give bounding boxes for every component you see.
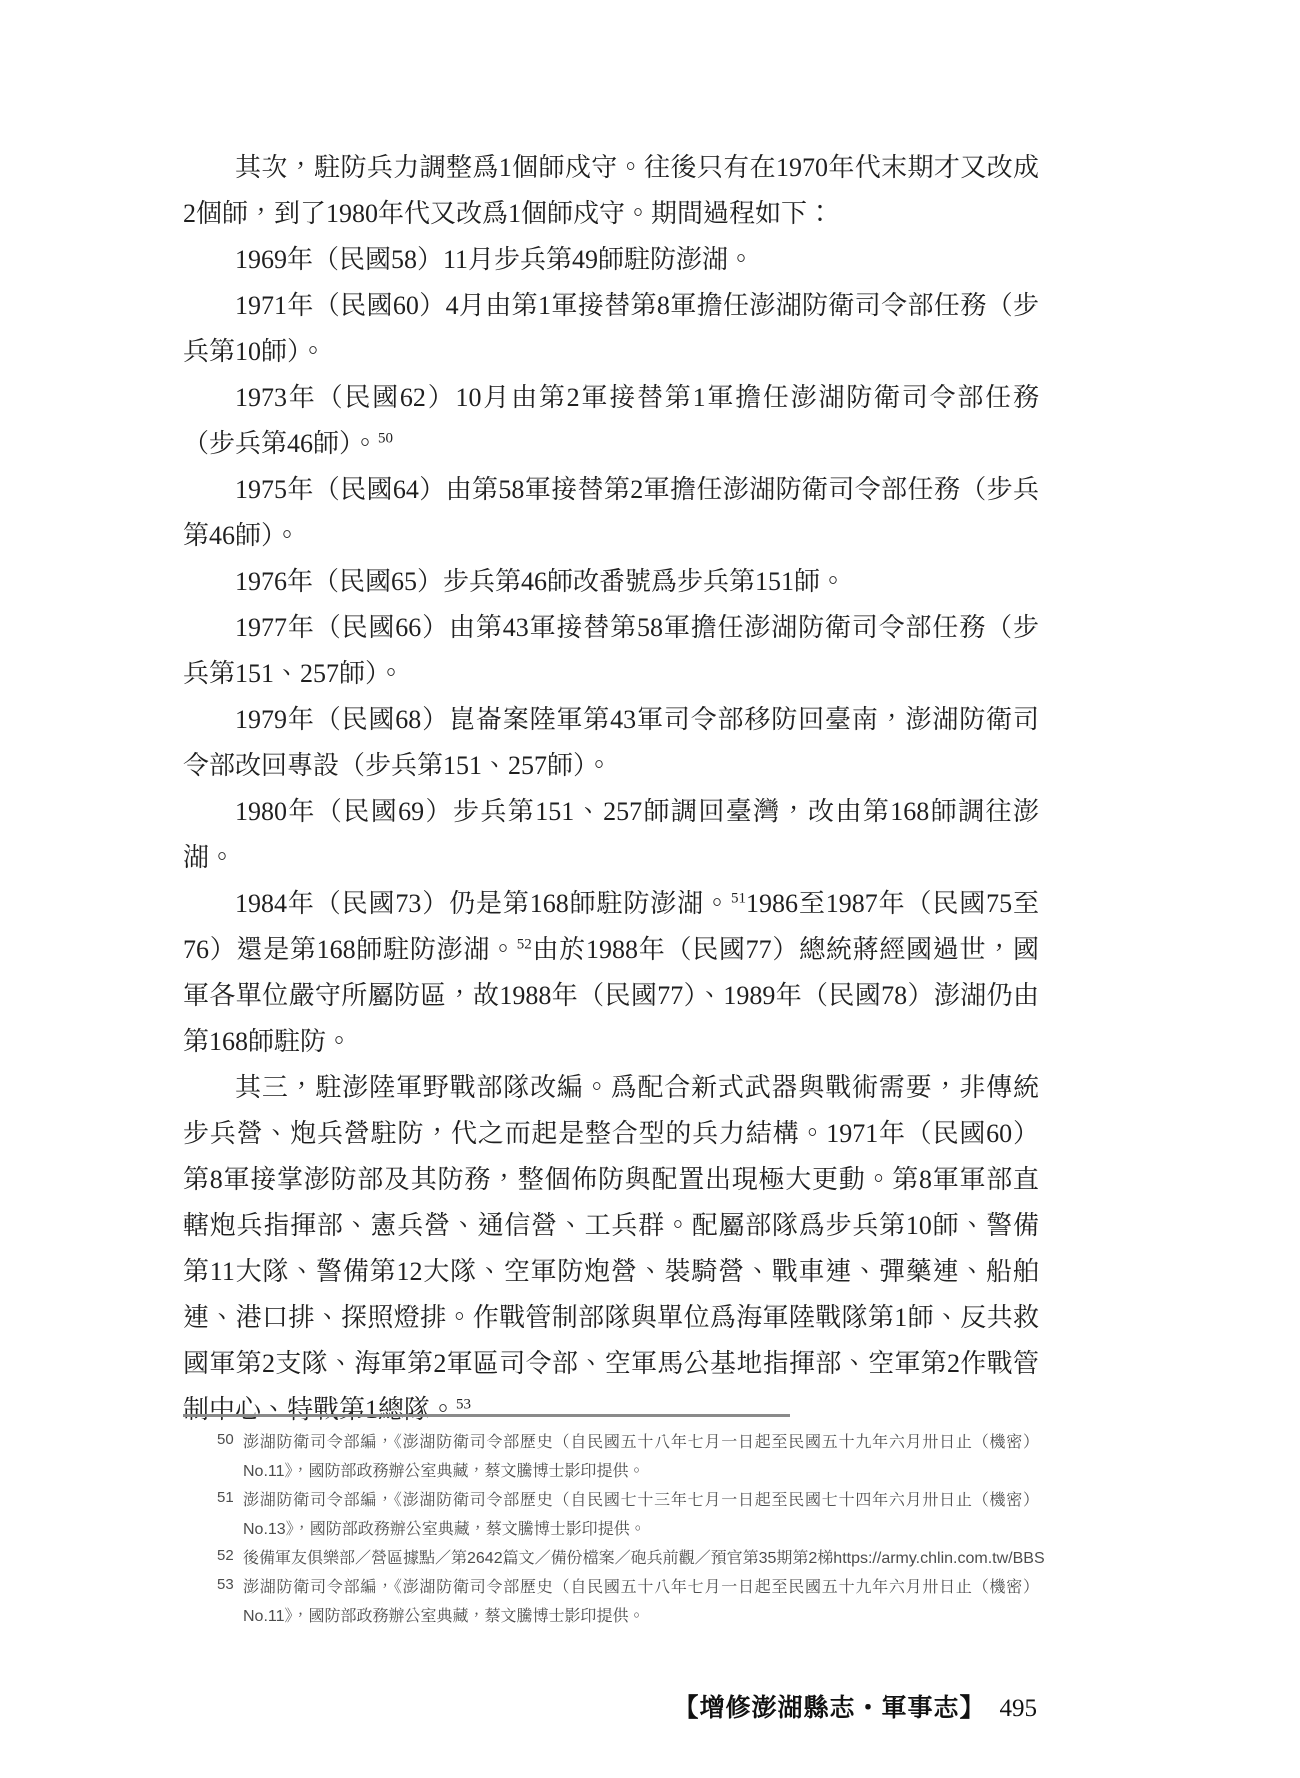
paragraph: 1971年（民國60）4月由第1軍接替第8軍擔任澎湖防衛司令部任務（步兵第10師… [183, 283, 1039, 375]
footnote-number: 50 [217, 1425, 243, 1454]
footnote: 51澎湖防衛司令部編，《澎湖防衛司令部歷史（自民國七十三年七月一日起至民國七十四… [217, 1486, 1039, 1544]
document-page: 其次，駐防兵力調整爲1個師戍守。往後只有在1970年代末期才又改成2個師，到了1… [0, 0, 1300, 1778]
paragraph: 其次，駐防兵力調整爲1個師戍守。往後只有在1970年代末期才又改成2個師，到了1… [183, 145, 1039, 237]
footnote-text: 後備軍友俱樂部／營區據點／第2642篇文／備份檔案／砲兵前觀／預官第35期第2梯… [243, 1544, 1039, 1573]
paragraph: 1969年（民國58）11月步兵第49師駐防澎湖。 [183, 237, 1039, 283]
paragraph: 1979年（民國68）崑崙案陸軍第43軍司令部移防回臺南，澎湖防衛司令部改回專設… [183, 697, 1039, 789]
book-title: 【增修澎湖縣志・軍事志】 [673, 1688, 985, 1724]
footnote-text: 澎湖防衛司令部編，《澎湖防衛司令部歷史（自民國七十三年七月一日起至民國七十四年六… [243, 1486, 1039, 1544]
footnote-number: 53 [217, 1570, 243, 1599]
paragraph: 1975年（民國64）由第58軍接替第2軍擔任澎湖防衛司令部任務（步兵第46師）… [183, 467, 1039, 559]
footnote: 50澎湖防衛司令部編，《澎湖防衛司令部歷史（自民國五十八年七月一日起至民國五十九… [217, 1428, 1039, 1486]
paragraph: 其三，駐澎陸軍野戰部隊改編。爲配合新式武器與戰術需要，非傳統步兵營、炮兵營駐防，… [183, 1065, 1039, 1433]
paragraph: 1984年（民國73）仍是第168師駐防澎湖。511986至1987年（民國75… [183, 881, 1039, 1065]
footnote-ref: 51 [731, 890, 746, 906]
footnote-text: 澎湖防衛司令部編，《澎湖防衛司令部歷史（自民國五十八年七月一日起至民國五十九年六… [243, 1573, 1039, 1631]
page-number: 495 [1000, 1695, 1038, 1723]
footnotes: 50澎湖防衛司令部編，《澎湖防衛司令部歷史（自民國五十八年七月一日起至民國五十九… [217, 1428, 1039, 1631]
footnote-number: 52 [217, 1541, 243, 1570]
paragraph: 1976年（民國65）步兵第46師改番號爲步兵第151師。 [183, 559, 1039, 605]
body-text: 其次，駐防兵力調整爲1個師戍守。往後只有在1970年代末期才又改成2個師，到了1… [183, 145, 1039, 1433]
page-footer: 【增修澎湖縣志・軍事志】 495 [673, 1688, 1037, 1724]
footnote-ref: 52 [517, 936, 532, 952]
footnote-ref: 53 [456, 1396, 471, 1412]
paragraph: 1977年（民國66）由第43軍接替第58軍擔任澎湖防衛司令部任務（步兵第151… [183, 605, 1039, 697]
footnote-ref: 50 [378, 430, 393, 446]
paragraph: 1980年（民國69）步兵第151、257師調回臺灣，改由第168師調往澎湖。 [183, 789, 1039, 881]
paragraph: 1973年（民國62）10月由第2軍接替第1軍擔任澎湖防衛司令部任務（步兵第46… [183, 375, 1039, 467]
footnote-separator [183, 1414, 790, 1417]
footnote-number: 51 [217, 1483, 243, 1512]
footnote: 53澎湖防衛司令部編，《澎湖防衛司令部歷史（自民國五十八年七月一日起至民國五十九… [217, 1573, 1039, 1631]
footnote: 52後備軍友俱樂部／營區據點／第2642篇文／備份檔案／砲兵前觀／預官第35期第… [217, 1544, 1039, 1573]
footnote-text: 澎湖防衛司令部編，《澎湖防衛司令部歷史（自民國五十八年七月一日起至民國五十九年六… [243, 1428, 1039, 1486]
